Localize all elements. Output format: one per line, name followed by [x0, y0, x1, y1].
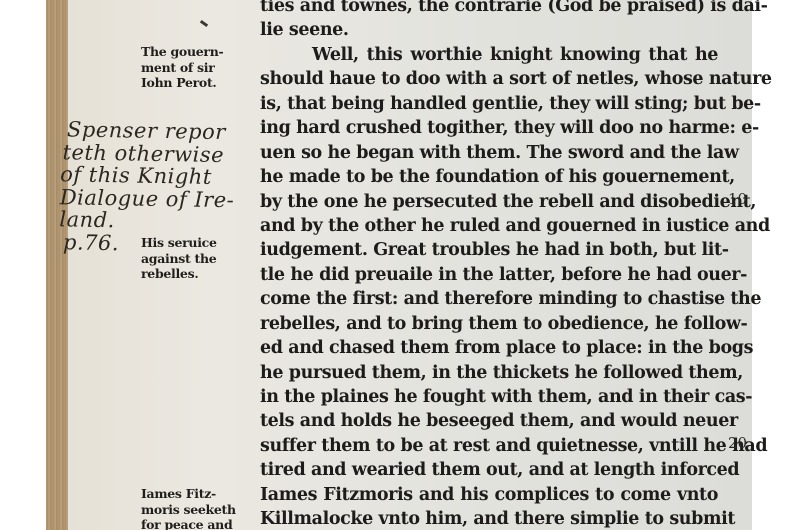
text-line: Killmalocke vnto him, and there simplie …	[260, 507, 718, 530]
text-line: suffer them to be at rest and quietnesse…	[260, 434, 718, 458]
margin-note-government: The gouern- ment of sir Iohn Perot.	[141, 44, 256, 91]
text-line: he made to be the foundation of his goue…	[260, 165, 718, 189]
text-line: Well, this worthie knight knowing that h…	[260, 43, 718, 67]
margin-note-fitzmoris: Iames Fitz- moris seeketh for peace and	[141, 486, 256, 530]
text-line: ed and chased them from place to place: …	[260, 336, 718, 360]
text-line: Iames Fitzmoris and his complices to com…	[260, 483, 718, 507]
text-line: should haue to doo with a sort of netles…	[260, 67, 718, 91]
margin-note-line: Iames Fitz-	[141, 486, 256, 502]
text-line: is, that being handled gentlie, they wil…	[260, 92, 718, 116]
margin-note-line: His seruice	[141, 235, 256, 251]
text-line: uen so he began with them. The sword and…	[260, 141, 718, 165]
text-line: come the first: and therefore minding to…	[260, 287, 718, 311]
text-line: and by the other he ruled and gouerned i…	[260, 214, 718, 238]
line-number-20: 20	[728, 434, 747, 452]
margin-note-line: moris seeketh	[141, 502, 256, 518]
margin-note-line: ment of sir	[141, 60, 256, 76]
margin-note-line: Iohn Perot.	[141, 75, 256, 91]
text-line: by the one he persecuted the rebell and …	[260, 190, 718, 214]
text-line: lie seene.	[260, 18, 718, 42]
text-line: ties and townes, the contrarie (God be p…	[260, 0, 718, 18]
text-line: he pursued them, in the thickets he foll…	[260, 361, 718, 385]
text-line: tle he did preuaile in the latter, befor…	[260, 263, 718, 287]
margin-note-service: His seruice against the rebelles.	[141, 235, 256, 282]
body-text: ties and townes, the contrarie (God be p…	[260, 0, 718, 530]
margin-note-line: against the	[141, 251, 256, 267]
text-line: tels and holds he beseeged them, and wou…	[260, 409, 718, 433]
text-line: ing hard crushed togither, they will doo…	[260, 116, 718, 140]
text-line: iudgement. Great troubles he had in both…	[260, 238, 718, 262]
page-edge	[46, 0, 68, 530]
text-line: tired and wearied them out, and at lengt…	[260, 458, 718, 482]
margin-note-line: rebelles.	[141, 266, 256, 282]
margin-note-line: for peace and	[141, 517, 256, 530]
text-line: in the plaines he fought with them, and …	[260, 385, 718, 409]
text-line: rebelles, and to bring them to obedience…	[260, 312, 718, 336]
margin-note-line: The gouern-	[141, 44, 256, 60]
line-number-10: 10	[728, 190, 747, 208]
